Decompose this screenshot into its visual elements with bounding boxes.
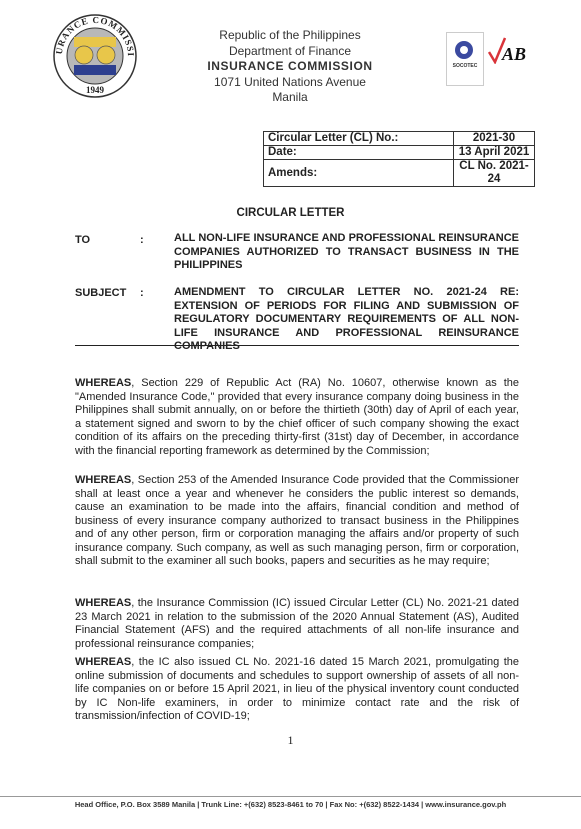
footer-contact: Head Office, P.O. Box 3589 Manila | Trun…	[0, 800, 581, 809]
whereas-paragraph-4: WHEREAS, the IC also issued CL No. 2021-…	[75, 656, 519, 724]
letterhead: Republic of the Philippines Department o…	[190, 28, 390, 106]
to-recipients: ALL NON-LIFE INSURANCE AND PROFESSIONAL …	[174, 232, 519, 273]
to-label: TO	[75, 234, 90, 246]
insurance-commission-seal: INSURANCE COMMISSION 1949	[52, 13, 138, 99]
ref-label-amends: Amends:	[264, 160, 454, 187]
subject-divider	[75, 345, 519, 346]
ref-value-date: 13 April 2021	[454, 146, 535, 160]
whereas-lead: WHEREAS	[75, 656, 131, 668]
letterhead-address-street: 1071 United Nations Avenue	[190, 75, 390, 91]
whereas-lead: WHEREAS	[75, 377, 131, 389]
table-row: Circular Letter (CL) No.: 2021-30	[264, 132, 535, 146]
letterhead-line-republic: Republic of the Philippines	[190, 28, 390, 44]
document-title: CIRCULAR LETTER	[0, 207, 581, 219]
letterhead-line-department: Department of Finance	[190, 44, 390, 60]
socotec-label: SOCOTEC	[447, 63, 483, 69]
whereas-paragraph-1: WHEREAS, Section 229 of Republic Act (RA…	[75, 377, 519, 458]
paragraph-text: , Section 229 of Republic Act (RA) No. 1…	[75, 377, 519, 457]
subject-colon: :	[140, 287, 144, 299]
table-row: Date: 13 April 2021	[264, 146, 535, 160]
paragraph-text: , the Insurance Commission (IC) issued C…	[75, 597, 519, 650]
socotec-logo: SOCOTEC	[446, 32, 484, 86]
ref-value-cl-no: 2021-30	[454, 132, 535, 146]
subject-text: AMENDMENT TO CIRCULAR LETTER NO. 2021-24…	[174, 286, 519, 354]
table-row: Amends: CL No. 2021-24	[264, 160, 535, 187]
reference-table: Circular Letter (CL) No.: 2021-30 Date: …	[263, 131, 535, 187]
whereas-paragraph-3: WHEREAS, the Insurance Commission (IC) i…	[75, 597, 519, 651]
subject-label: SUBJECT	[75, 287, 126, 299]
page-number: 1	[0, 733, 581, 748]
svg-text:1949: 1949	[86, 85, 105, 95]
ref-label-date: Date:	[264, 146, 454, 160]
whereas-paragraph-2: WHEREAS, Section 253 of the Amended Insu…	[75, 474, 519, 569]
uab-label: AB	[502, 44, 526, 65]
ref-value-amends: CL No. 2021-24	[454, 160, 535, 187]
letterhead-agency: INSURANCE COMMISSION	[190, 59, 390, 75]
uab-logo: AB	[486, 32, 552, 84]
whereas-lead: WHEREAS	[75, 474, 131, 486]
to-colon: :	[140, 234, 144, 246]
ref-label-cl-no: Circular Letter (CL) No.:	[264, 132, 454, 146]
whereas-lead: WHEREAS	[75, 597, 131, 609]
paragraph-text: , Section 253 of the Amended Insurance C…	[75, 474, 519, 567]
footer-divider	[0, 796, 581, 797]
socotec-ring-icon	[455, 41, 473, 59]
paragraph-text: , the IC also issued CL No. 2021-16 date…	[75, 656, 519, 722]
certification-logos: SOCOTEC AB	[446, 30, 556, 90]
letterhead-address-city: Manila	[190, 90, 390, 106]
